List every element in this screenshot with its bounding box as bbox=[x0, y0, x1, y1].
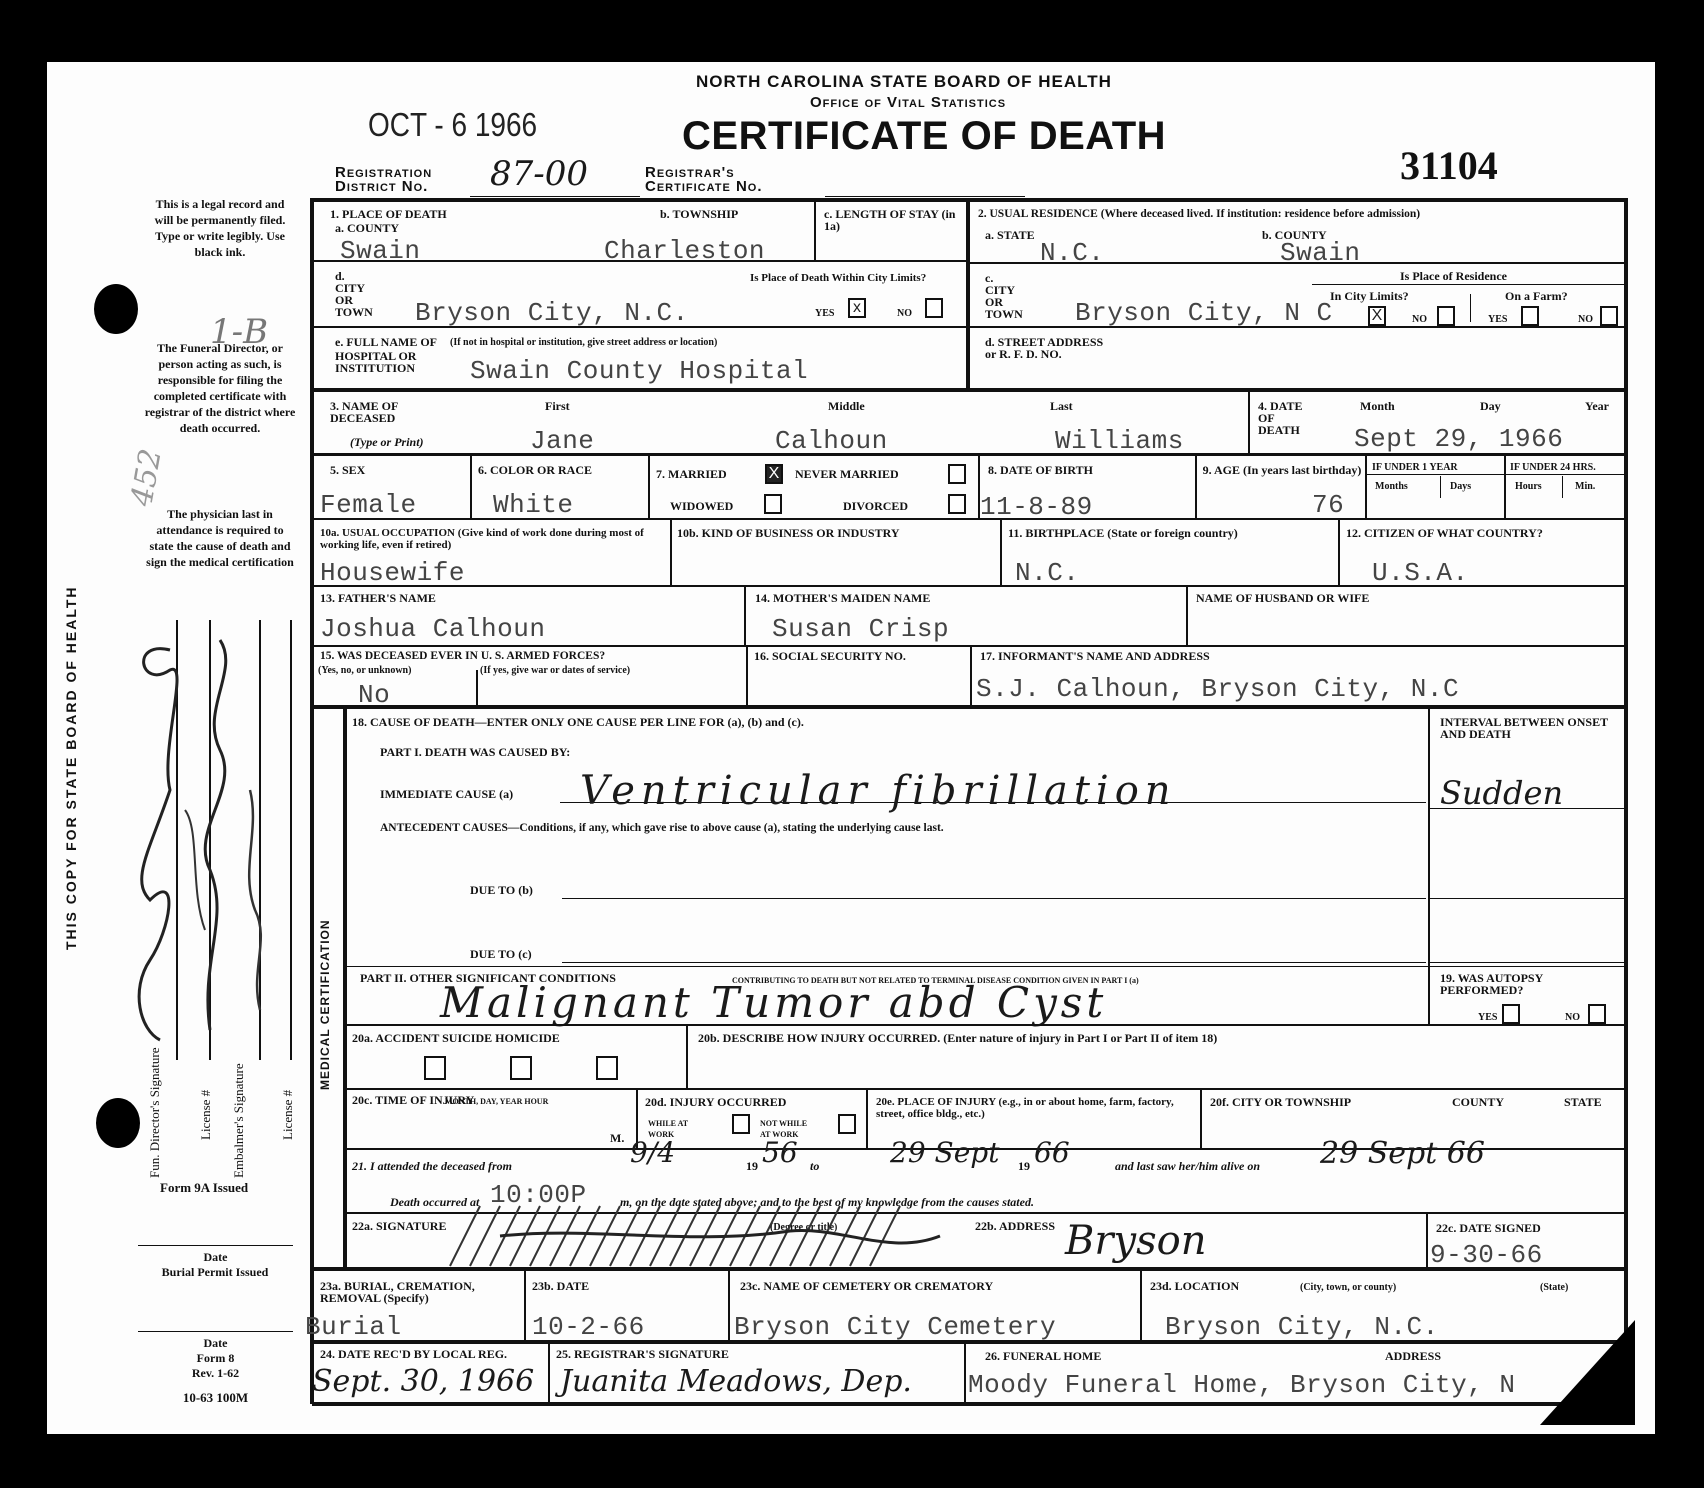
burial-date-label: 23b. DATE bbox=[532, 1280, 589, 1292]
medical-section-divider bbox=[343, 707, 347, 1267]
accident-checkbox[interactable] bbox=[424, 1056, 446, 1080]
place-of-death-label: 1. PLACE OF DEATH bbox=[330, 208, 447, 220]
length-of-stay-label: c. LENGTH OF STAY (in 1a) bbox=[824, 208, 964, 232]
ssn-divider bbox=[970, 647, 972, 705]
residence-subheader-line bbox=[1312, 284, 1624, 285]
burial-permit-date-line[interactable] bbox=[138, 1331, 293, 1332]
funeral-home-field[interactable]: Moody Funeral Home, Bryson City, N bbox=[968, 1370, 1516, 1400]
race-divider bbox=[648, 455, 650, 518]
attended-from-year[interactable]: 56 bbox=[762, 1136, 798, 1169]
registrar-label-line2: Certificate No. bbox=[645, 180, 763, 194]
burial-field[interactable]: Burial bbox=[305, 1312, 402, 1342]
document-title: CERTIFICATE OF DEATH bbox=[682, 114, 1166, 159]
death-township-field[interactable]: Charleston bbox=[604, 236, 765, 266]
days-label: Days bbox=[1450, 481, 1471, 492]
homicide-checkbox[interactable] bbox=[596, 1056, 618, 1080]
interval-b-line[interactable] bbox=[1430, 898, 1624, 899]
part2-conditions-field[interactable]: Malignant Tumor abd Cyst bbox=[440, 978, 1107, 1027]
res-city-limits-yes-checkbox[interactable]: X bbox=[1368, 306, 1386, 326]
date-recd-field[interactable]: Sept. 30, 1966 bbox=[312, 1364, 534, 1399]
last-saw-label: and last saw her/him alive on bbox=[1115, 1160, 1260, 1172]
dob-field[interactable]: 11-8-89 bbox=[980, 492, 1093, 522]
township-label: b. TOWNSHIP bbox=[660, 208, 738, 220]
autopsy-yes-label: YES bbox=[1478, 1012, 1497, 1023]
months-label: Months bbox=[1375, 481, 1408, 492]
injury-county-label: COUNTY bbox=[1452, 1096, 1504, 1108]
embalmer-license-label: License # bbox=[282, 1090, 294, 1140]
form-top-border bbox=[312, 198, 1628, 202]
attended-from-field[interactable]: 9/4 bbox=[630, 1136, 675, 1169]
death-city-field[interactable]: Bryson City, N.C. bbox=[415, 298, 689, 328]
to-label: to bbox=[810, 1160, 819, 1172]
armed-forces-label: 15. WAS DECEASED EVER IN U. S. ARMED FOR… bbox=[320, 650, 605, 662]
part1-label: PART I. DEATH WAS CAUSED BY: bbox=[380, 746, 570, 758]
date-signed-divider bbox=[1426, 1214, 1428, 1267]
district-underline bbox=[470, 196, 640, 197]
dob-divider bbox=[1195, 455, 1197, 518]
res-city-label: c. CITY OR TOWN bbox=[985, 272, 1025, 320]
within-limits-yes-checkbox[interactable]: x bbox=[848, 298, 866, 318]
injury-state-label: STATE bbox=[1564, 1096, 1602, 1108]
under-24-hrs-label: IF UNDER 24 HRS. bbox=[1510, 462, 1596, 473]
autopsy-label: 19. WAS AUTOPSY PERFORMED? bbox=[1440, 972, 1610, 996]
armed-hint-service: (If yes, give war or dates of service) bbox=[480, 665, 630, 676]
ssn-label: 16. SOCIAL SECURITY NO. bbox=[754, 650, 906, 662]
place-of-residence-label: Is Place of Residence bbox=[1400, 270, 1507, 282]
pencil-mark-1b: 1-B bbox=[210, 312, 268, 352]
form9a-issued-label: Form 9A Issued bbox=[160, 1182, 248, 1194]
mother-field[interactable]: Susan Crisp bbox=[772, 614, 949, 644]
informant-field[interactable]: S.J. Calhoun, Bryson City, N.C bbox=[976, 674, 1459, 704]
armed-inner-divider bbox=[476, 670, 478, 705]
time-hint: MONTH, DAY, YEAR HOUR bbox=[445, 1096, 548, 1107]
row-registrar-line bbox=[312, 1340, 1628, 1344]
interval-label: INTERVAL BETWEEN ONSET AND DEATH bbox=[1440, 716, 1620, 740]
last-name-field[interactable]: Williams bbox=[1055, 426, 1184, 456]
physician-note: The physician last in attendance is requ… bbox=[145, 506, 295, 570]
date-of-death-field[interactable]: Sept 29, 1966 bbox=[1354, 424, 1563, 454]
funeral-home-label: 26. FUNERAL HOME bbox=[985, 1350, 1101, 1362]
location-hint: (City, town, or county) bbox=[1300, 1282, 1396, 1293]
attended-to-year[interactable]: 66 bbox=[1034, 1136, 1070, 1169]
middle-name-label: Middle bbox=[828, 400, 865, 412]
injury-description-label: 20b. DESCRIBE HOW INJURY OCCURRED. (Ente… bbox=[698, 1032, 1217, 1044]
race-label: 6. COLOR OR RACE bbox=[478, 464, 592, 476]
funeral-address-label: ADDRESS bbox=[1385, 1350, 1441, 1362]
row-accident-line bbox=[345, 1024, 1626, 1026]
location-field[interactable]: Bryson City, N.C. bbox=[1165, 1312, 1439, 1342]
location-label: 23d. LOCATION bbox=[1150, 1280, 1239, 1292]
birthplace-label: 11. BIRTHPLACE (State or foreign country… bbox=[1008, 527, 1238, 539]
mother-divider bbox=[1186, 587, 1188, 645]
cause-of-death-label: 18. CAUSE OF DEATH—ENTER ONLY ONE CAUSE … bbox=[352, 716, 804, 728]
street-address-label: d. STREET ADDRESS or R. F. D. NO. bbox=[985, 336, 1105, 360]
location-state-label: (State) bbox=[1540, 1282, 1568, 1293]
never-married-label: NEVER MARRIED bbox=[795, 468, 899, 480]
injury-occurred-label: 20d. INJURY OCCURRED bbox=[645, 1096, 786, 1108]
form9a-date-label: Date bbox=[138, 1251, 293, 1263]
injury-city-label: 20f. CITY OR TOWNSHIP bbox=[1210, 1096, 1351, 1108]
under-header-line bbox=[1365, 474, 1625, 475]
burial-date-field[interactable]: 10-2-66 bbox=[532, 1312, 645, 1342]
min-label: Min. bbox=[1575, 481, 1595, 492]
medical-certification-label: MEDICAL CERTIFICATION bbox=[318, 919, 332, 1090]
injury-occ-divider bbox=[866, 1090, 868, 1148]
citizen-label: 12. CITIZEN OF WHAT COUNTRY? bbox=[1346, 527, 1543, 539]
citizen-field[interactable]: U.S.A. bbox=[1372, 558, 1469, 588]
registration-district-value: 87-00 bbox=[490, 154, 588, 194]
res-state-label: a. STATE bbox=[985, 229, 1035, 241]
armed-divider bbox=[746, 647, 748, 705]
last-name-label: Last bbox=[1050, 400, 1073, 412]
form-right-border bbox=[1624, 198, 1628, 1404]
row-armed-line bbox=[312, 705, 1628, 709]
while-at-work-checkbox[interactable] bbox=[732, 1114, 750, 1134]
accident-divider bbox=[686, 1026, 688, 1088]
print-code-label: 10-63 100M bbox=[138, 1392, 293, 1404]
cemetery-divider bbox=[1140, 1270, 1142, 1340]
burial-label: 23a. BURIAL, CREMATION, REMOVAL (Specify… bbox=[320, 1280, 520, 1304]
within-limits-yes-label: YES bbox=[815, 308, 834, 319]
dod-year-label: Year bbox=[1585, 400, 1609, 412]
reg-label-line2: District No. bbox=[335, 180, 432, 194]
farm-no-label: NO bbox=[1578, 314, 1593, 325]
dob-label: 8. DATE OF BIRTH bbox=[988, 464, 1093, 476]
year-prefix-1: 19 bbox=[746, 1160, 758, 1172]
county-label: a. COUNTY bbox=[335, 222, 399, 234]
cemetery-label: 23c. NAME OF CEMETERY OR CREMATORY bbox=[740, 1280, 993, 1292]
registrar-cert-label: Registrar's Certificate No. bbox=[645, 166, 763, 194]
certificate-number: 31104 bbox=[1400, 142, 1498, 189]
on-farm-label: On a Farm? bbox=[1505, 290, 1568, 302]
suicide-checkbox[interactable] bbox=[510, 1056, 532, 1080]
widowed-checkbox[interactable] bbox=[764, 494, 782, 514]
business-divider bbox=[1000, 520, 1002, 585]
first-name-label: First bbox=[545, 400, 570, 412]
immediate-cause-label: IMMEDIATE CAUSE (a) bbox=[380, 788, 513, 800]
dod-month-label: Month bbox=[1360, 400, 1395, 412]
divorced-checkbox[interactable] bbox=[948, 494, 966, 514]
fun-director-sig-label: Fun. Director's Signature bbox=[148, 1047, 161, 1178]
last-saw-field[interactable]: 29 Sept 66 bbox=[1320, 1136, 1485, 1171]
place-divider bbox=[1200, 1090, 1202, 1148]
physician-signature[interactable] bbox=[440, 1196, 1040, 1276]
agency-name: NORTH CAROLINA STATE BOARD OF HEALTH bbox=[696, 72, 1112, 92]
armed-hint-yes-no: (Yes, no, or unknown) bbox=[318, 665, 411, 676]
hospital-hint: (If not in hospital or institution, give… bbox=[450, 337, 717, 348]
due-to-b-line[interactable] bbox=[562, 898, 1426, 899]
res-city-limits-no-label: NO bbox=[1412, 314, 1427, 325]
within-limits-no-checkbox[interactable] bbox=[925, 298, 943, 318]
divorced-label: DIVORCED bbox=[843, 500, 908, 512]
within-limits-no-label: NO bbox=[897, 308, 912, 319]
place-of-injury-label: 20e. PLACE OF INJURY (e.g., in or about … bbox=[876, 1096, 1196, 1120]
usual-residence-label: 2. USUAL RESIDENCE (Where deceased lived… bbox=[978, 208, 1420, 220]
first-name-field[interactable]: Jane bbox=[530, 426, 594, 456]
sex-divider bbox=[470, 455, 472, 518]
legal-record-note: This is a legal record and will be perma… bbox=[145, 196, 295, 260]
married-label: 7. MARRIED bbox=[656, 468, 727, 480]
farm-yes-label: YES bbox=[1488, 314, 1507, 325]
form8-label: Form 8 bbox=[138, 1352, 293, 1364]
fun-license-label: License # bbox=[200, 1090, 212, 1140]
occupation-label: 10a. USUAL OCCUPATION (Give kind of work… bbox=[320, 527, 665, 551]
registrar-signature-label: 25. REGISTRAR'S SIGNATURE bbox=[556, 1348, 729, 1360]
not-while-at-work-checkbox[interactable] bbox=[838, 1114, 856, 1134]
months-days-divider bbox=[1440, 476, 1441, 498]
office-name: Office of Vital Statistics bbox=[810, 94, 1006, 111]
autopsy-yes-checkbox[interactable] bbox=[1502, 1004, 1520, 1024]
revision-label: Rev. 1-62 bbox=[138, 1367, 293, 1379]
occupation-field[interactable]: Housewife bbox=[320, 558, 465, 588]
res-city-field[interactable]: Bryson City, N C bbox=[1075, 298, 1333, 328]
row-burial-line bbox=[312, 1267, 1628, 1271]
row-injury-line bbox=[345, 1088, 1626, 1090]
punch-hole-bottom bbox=[96, 1098, 140, 1148]
burial-divider bbox=[524, 1270, 526, 1340]
interval-field[interactable]: Sudden bbox=[1440, 774, 1563, 812]
interval-c-line[interactable] bbox=[1430, 962, 1624, 963]
middle-name-field[interactable]: Calhoun bbox=[775, 426, 888, 456]
res-city-limits-no-checkbox[interactable] bbox=[1437, 306, 1455, 326]
date-divider bbox=[728, 1270, 730, 1340]
father-label: 13. FATHER'S NAME bbox=[320, 592, 436, 604]
res-state-field[interactable]: N.C. bbox=[1040, 238, 1104, 268]
immediate-cause-field[interactable]: Ventricular fibrillation bbox=[580, 768, 1177, 814]
type-or-print-hint: (Type or Print) bbox=[350, 436, 424, 448]
hours-label: Hours bbox=[1515, 481, 1542, 492]
autopsy-divider bbox=[1428, 966, 1430, 1024]
res-county-field[interactable]: Swain bbox=[1280, 238, 1361, 268]
dod-day-label: Day bbox=[1480, 400, 1501, 412]
attended-label: 21. I attended the deceased from bbox=[352, 1160, 512, 1172]
physician-address-field[interactable]: Bryson bbox=[1065, 1218, 1206, 1264]
cemetery-field[interactable]: Bryson City Cemetery bbox=[734, 1312, 1056, 1342]
name-of-deceased-label: 3. NAME OF DECEASED bbox=[330, 400, 430, 424]
date-recd-divider bbox=[548, 1342, 550, 1402]
punch-hole-top bbox=[94, 284, 138, 334]
date-of-death-label: 4. DATE OF DEATH bbox=[1258, 400, 1318, 436]
never-married-checkbox[interactable] bbox=[948, 464, 966, 484]
date-recd-label: 24. DATE REC'D BY LOCAL REG. bbox=[320, 1348, 540, 1360]
year-prefix-2: 19 bbox=[1018, 1160, 1030, 1172]
under1-divider bbox=[1504, 455, 1506, 518]
signature-label: 22a. SIGNATURE bbox=[352, 1220, 446, 1232]
registration-district-label: Registration District No. bbox=[335, 166, 432, 194]
corner-triangle-mark bbox=[1540, 1320, 1640, 1430]
race-field[interactable]: White bbox=[493, 490, 574, 520]
form9a-date-line[interactable] bbox=[138, 1245, 293, 1246]
autopsy-no-checkbox[interactable] bbox=[1588, 1004, 1606, 1024]
due-to-c-label: DUE TO (c) bbox=[470, 948, 532, 960]
row3-line bbox=[312, 388, 1628, 392]
sex-field[interactable]: Female bbox=[320, 490, 417, 520]
sex-label: 5. SEX bbox=[330, 464, 365, 476]
dod-divider bbox=[1248, 390, 1250, 454]
autopsy-no-label: NO bbox=[1565, 1012, 1580, 1023]
father-field[interactable]: Joshua Calhoun bbox=[320, 614, 545, 644]
age-label: 9. AGE (In years last birthday) bbox=[1202, 464, 1362, 476]
birthplace-divider bbox=[1338, 520, 1340, 585]
informant-label: 17. INFORMANT'S NAME AND ADDRESS bbox=[980, 650, 1210, 662]
interval-divider bbox=[1428, 707, 1430, 969]
form-left-border bbox=[310, 198, 314, 1404]
section-divider-1-2 bbox=[966, 198, 970, 390]
farm-yes-checkbox[interactable] bbox=[1521, 306, 1539, 326]
part1-bottom-line bbox=[345, 966, 1626, 967]
attended-to-field[interactable]: 29 Sept bbox=[890, 1136, 999, 1169]
farm-no-checkbox[interactable] bbox=[1600, 306, 1618, 326]
form-bottom-border bbox=[312, 1402, 1628, 1406]
age-divider bbox=[1365, 455, 1367, 518]
burial-permit-label: Burial Permit Issued bbox=[130, 1266, 300, 1278]
registrar-sig-divider bbox=[964, 1342, 966, 1402]
age-field[interactable]: 76 bbox=[1312, 490, 1344, 520]
death-county-field[interactable]: Swain bbox=[340, 236, 421, 266]
date-signed-label: 22c. DATE SIGNED bbox=[1436, 1222, 1541, 1234]
spouse-label: NAME OF HUSBAND OR WIFE bbox=[1196, 592, 1369, 604]
within-city-limits-label: Is Place of Death Within City Limits? bbox=[750, 272, 960, 284]
received-date-stamp: OCT - 6 1966 bbox=[368, 106, 537, 144]
m-label: M. bbox=[610, 1132, 624, 1144]
registrar-cert-underline bbox=[825, 196, 1025, 197]
married-checkbox[interactable]: X bbox=[765, 464, 783, 484]
due-to-b-label: DUE TO (b) bbox=[470, 884, 533, 896]
hours-min-divider bbox=[1562, 476, 1563, 498]
birthplace-field[interactable]: N.C. bbox=[1015, 558, 1079, 588]
state-copy-label: THIS COPY FOR STATE BOARD OF HEALTH bbox=[63, 585, 79, 950]
city-limits-label: In City Limits? bbox=[1330, 290, 1409, 302]
funeral-director-note: The Funeral Director, or person acting a… bbox=[140, 340, 300, 436]
hospital-label: HOSPITAL OR INSTITUTION bbox=[335, 350, 465, 374]
registrar-signature-field[interactable]: Juanita Meadows, Dep. bbox=[560, 1364, 912, 1399]
burial-date-label: Date bbox=[138, 1337, 293, 1349]
date-signed-field[interactable]: 9-30-66 bbox=[1430, 1240, 1543, 1270]
city-town-label: d. CITY OR TOWN bbox=[335, 270, 375, 318]
widowed-label: WIDOWED bbox=[670, 500, 733, 512]
farm-divider bbox=[1470, 294, 1471, 322]
due-to-c-line[interactable] bbox=[562, 962, 1426, 963]
hospital-field[interactable]: Swain County Hospital bbox=[470, 356, 808, 386]
armed-forces-field[interactable]: No bbox=[358, 680, 390, 710]
embalmer-sig-label: Embalmer's Signature bbox=[232, 1063, 245, 1178]
father-divider bbox=[744, 587, 746, 645]
hospital-label-line1: e. FULL NAME OF bbox=[335, 336, 440, 348]
accident-suicide-homicide-label: 20a. ACCIDENT SUICIDE HOMICIDE bbox=[352, 1032, 560, 1044]
mother-label: 14. MOTHER'S MAIDEN NAME bbox=[755, 592, 930, 604]
stay-divider bbox=[814, 200, 816, 260]
occupation-divider bbox=[670, 520, 672, 585]
antecedent-causes-label: ANTECEDENT CAUSES—Conditions, if any, wh… bbox=[380, 822, 944, 834]
under-1-year-label: IF UNDER 1 YEAR bbox=[1372, 462, 1458, 473]
business-label: 10b. KIND OF BUSINESS OR INDUSTRY bbox=[677, 527, 900, 539]
margin-signature-scribbles bbox=[110, 630, 310, 1050]
